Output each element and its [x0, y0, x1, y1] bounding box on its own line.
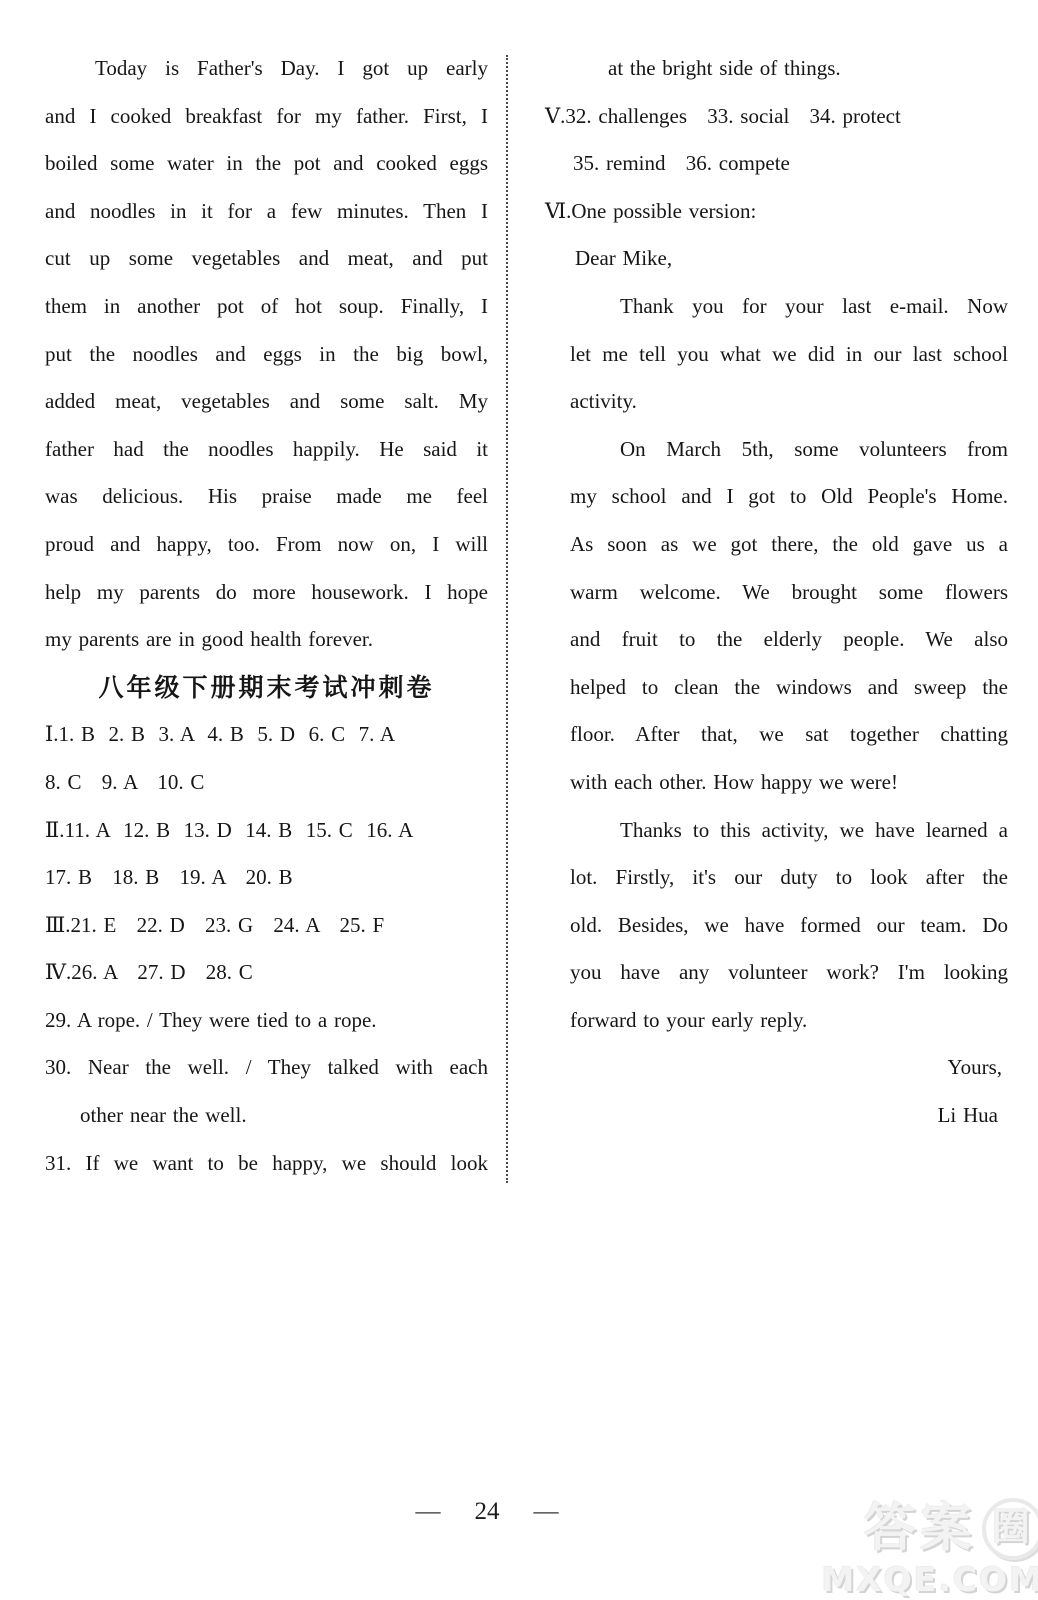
text-line: let me tell you what we did in our last …: [570, 331, 1008, 379]
text-line: them in another pot of hot soup. Finally…: [45, 283, 488, 331]
text-line: at the bright side of things.: [608, 45, 1008, 93]
text-line: Ⅲ.21. E 22. D 23. G 24. A 25. F: [72, 902, 488, 950]
text-line: with each other. How happy we were!: [570, 759, 1008, 807]
scanned-answer-page: Today is Father's Day. I got up earlyand…: [0, 0, 1038, 1600]
text-line: Ⅳ.26. A 27. D 28. C: [72, 949, 488, 997]
text-line: Dear Mike,: [575, 235, 1008, 283]
text-line: Today is Father's Day. I got up early: [45, 45, 488, 93]
text-line: other near the well.: [80, 1092, 488, 1140]
text-line: my parents are in good health forever.: [45, 616, 488, 664]
text-line: old. Besides, we have formed our team. D…: [570, 902, 1008, 950]
text-line: 17. B 18. B 19. A 20. B: [45, 854, 488, 902]
text-line: you have any volunteer work? I'm looking: [570, 949, 1008, 997]
text-line: cut up some vegetables and meat, and put: [45, 235, 488, 283]
text-line: 8. C 9. A 10. C: [45, 759, 488, 807]
right-column: at the bright side of things.Ⅴ.32. chall…: [545, 45, 1008, 1140]
text-line: and fruit to the elderly people. We also: [570, 616, 1008, 664]
text-line: forward to your early reply.: [570, 997, 1008, 1045]
watermark-brand: 答案圈: [821, 1498, 1038, 1560]
watermark-circle-badge: 圈: [982, 1498, 1038, 1560]
text-line: lot. Firstly, it's our duty to look afte…: [570, 854, 1008, 902]
text-line: Ⅱ.11. A 12. B 13. D 14. B 15. C 16. A: [72, 807, 488, 855]
text-line: boiled some water in the pot and cooked …: [45, 140, 488, 188]
text-line: helped to clean the windows and sweep th…: [570, 664, 1008, 712]
footer-dash-right: —: [534, 1498, 559, 1526]
text-line: father had the noodles happily. He said …: [45, 426, 488, 474]
text-line: 35. remind 36. compete: [573, 140, 1008, 188]
text-line: my school and I got to Old People's Home…: [570, 473, 1008, 521]
footer-dash-left: —: [416, 1498, 441, 1526]
text-line: 八年级下册期末考试冲刺卷: [45, 664, 488, 712]
page-number: 24: [475, 1498, 500, 1526]
text-line: and noodles in it for a few minutes. The…: [45, 188, 488, 236]
text-line: Ⅰ.1. B 2. B 3. A 4. B 5. D 6. C 7. A: [72, 711, 488, 759]
text-line: Thanks to this activity, we have learned…: [570, 807, 1008, 855]
text-line: was delicious. His praise made me feel: [45, 473, 488, 521]
watermark-brand-text: 答案: [864, 1501, 976, 1557]
text-line: warm welcome. We brought some flowers: [570, 569, 1008, 617]
column-divider-dotted-line: [506, 55, 508, 1183]
text-line: Ⅵ.One possible version:: [545, 188, 1008, 236]
text-line: As soon as we got there, the old gave us…: [570, 521, 1008, 569]
text-line: Yours,: [545, 1044, 1008, 1092]
text-line: 29. A rope. / They were tied to a rope.: [45, 997, 488, 1045]
text-line: Ⅴ.32. challenges 33. social 34. protect: [545, 93, 1008, 141]
watermark: 答案圈 MXQE.COM: [821, 1498, 1038, 1600]
text-line: floor. After that, we sat together chatt…: [570, 711, 1008, 759]
text-line: put the noodles and eggs in the big bowl…: [45, 331, 488, 379]
text-line: activity.: [570, 378, 1008, 426]
text-line: 31. If we want to be happy, we should lo…: [45, 1140, 488, 1188]
text-line: Li Hua: [545, 1092, 1008, 1140]
text-line: 30. Near the well. / They talked with ea…: [45, 1044, 488, 1092]
text-line: help my parents do more housework. I hop…: [45, 569, 488, 617]
text-line: proud and happy, too. From now on, I wil…: [45, 521, 488, 569]
text-line: and I cooked breakfast for my father. Fi…: [45, 93, 488, 141]
text-line: Thank you for your last e-mail. Now: [570, 283, 1008, 331]
text-line: On March 5th, some volunteers from: [570, 426, 1008, 474]
left-column: Today is Father's Day. I got up earlyand…: [45, 45, 488, 1187]
text-line: added meat, vegetables and some salt. My: [45, 378, 488, 426]
watermark-site: MXQE.COM: [821, 1560, 1038, 1600]
